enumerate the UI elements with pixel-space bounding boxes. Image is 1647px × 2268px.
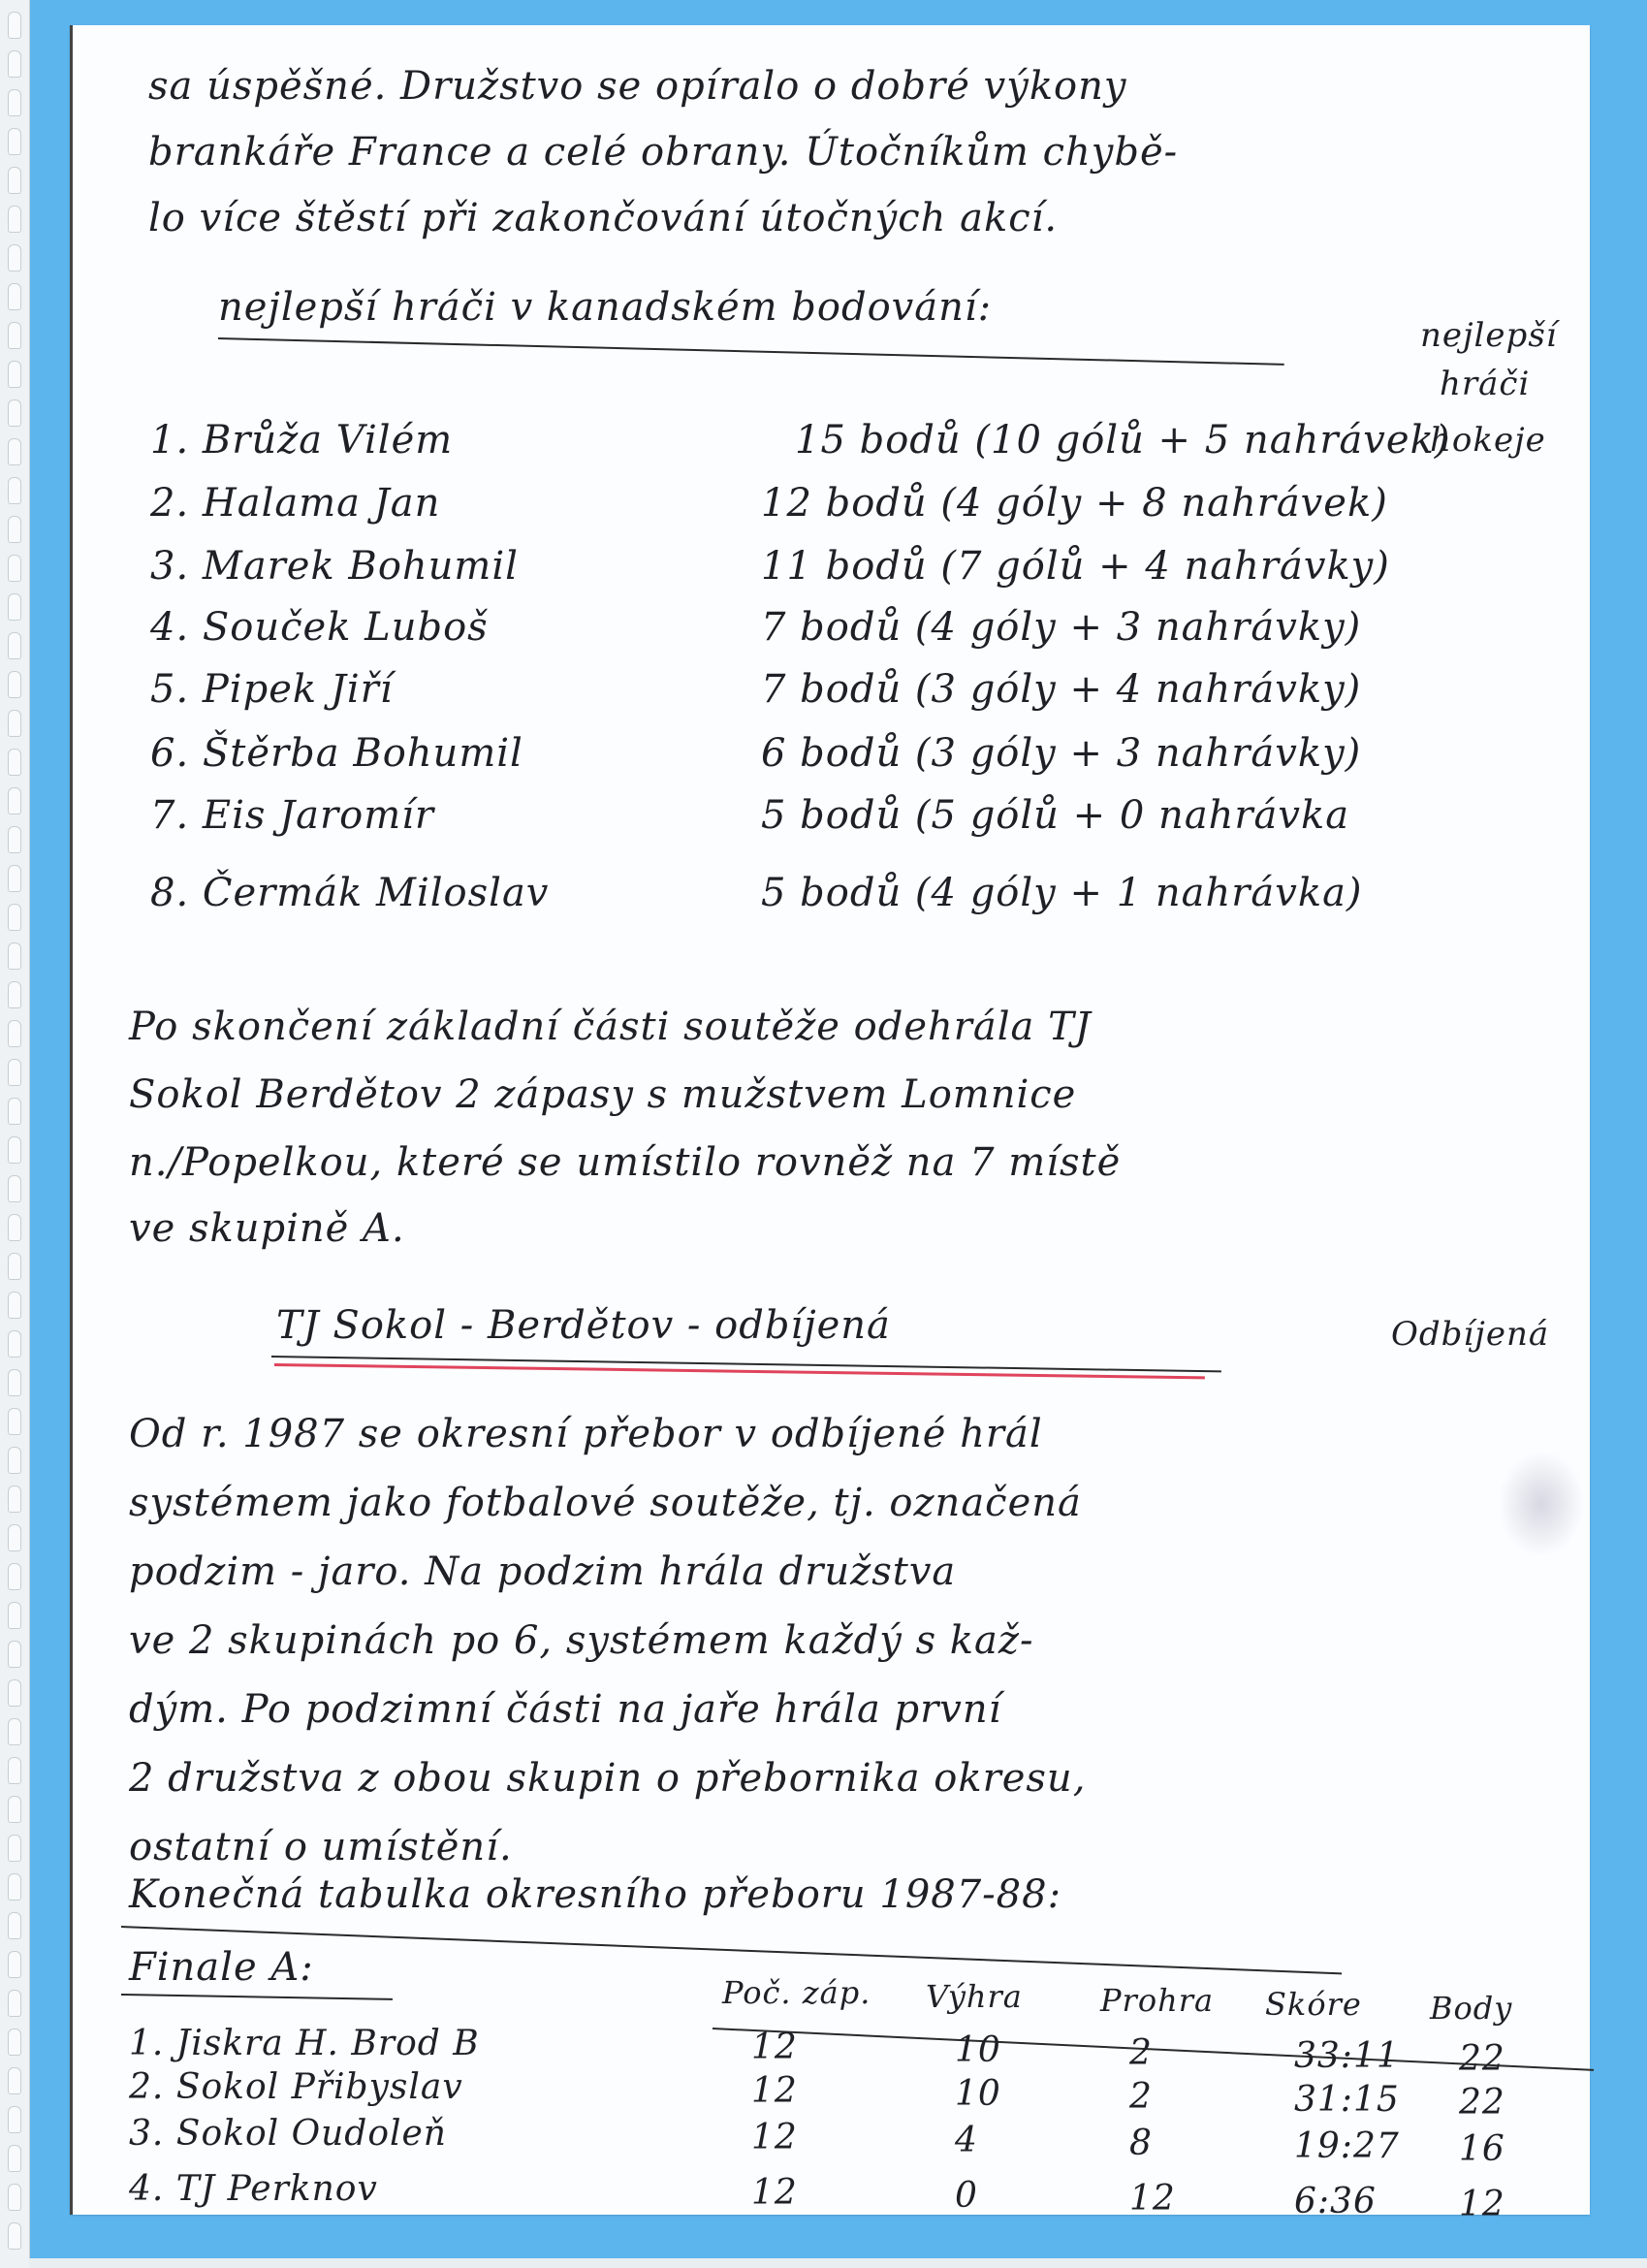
cell-wins: 0 [955, 2176, 978, 2216]
column-header: Prohra [1100, 1982, 1214, 2019]
binding-hole [8, 632, 21, 659]
cell-played: 12 [751, 2118, 798, 2157]
binding-hole [8, 1602, 21, 1629]
binding-hole [8, 1175, 21, 1202]
binding-hole [8, 477, 21, 504]
text-line: podzim - jaro. Na podzim hrála družstva [129, 1549, 956, 1594]
text-line: Sokol Berdětov 2 zápasy s mužstvem Lomni… [129, 1072, 1076, 1117]
binding-hole [8, 1563, 21, 1590]
text-line: ve 2 skupinách po 6, systémem každý s ka… [129, 1618, 1033, 1663]
binding-hole [8, 1951, 21, 1978]
binding-hole [8, 1330, 21, 1358]
binding-hole [8, 671, 21, 698]
ink-smudge [1498, 1451, 1585, 1557]
scanner-edge [29, 2258, 1647, 2268]
binding-hole [8, 1253, 21, 1280]
text-line: ostatní o umístění. [129, 1825, 513, 1869]
margin-note-odbijena: Odbíjená [1391, 1315, 1549, 1354]
binding-hole [8, 1098, 21, 1125]
binding-hole [8, 2028, 21, 2056]
player-points: 7 bodů (3 góly + 4 nahrávky) [761, 667, 1361, 712]
binding-hole [8, 1873, 21, 1901]
binding-strip [0, 0, 30, 2268]
team-name: 1. Jiskra H. Brod B [129, 2024, 480, 2063]
binding-hole [8, 555, 21, 582]
heading-underline [218, 337, 1284, 366]
binding-hole [8, 283, 21, 310]
binding-hole [8, 1136, 21, 1164]
table-group-label: Finale A: [129, 1945, 314, 1990]
team-name: 2. Sokol Přibyslav [129, 2067, 463, 2107]
margin-note-line: nejlepší [1420, 316, 1558, 355]
handwritten-page: sa úspěšné. Družstvo se opíralo o dobré … [70, 25, 1590, 2215]
cell-points: 22 [1459, 2039, 1505, 2079]
binding-hole [8, 2222, 21, 2250]
text-line: lo více štěstí při zakončování útočných … [148, 196, 1058, 240]
cell-wins: 10 [955, 2030, 1001, 2070]
player-points: 15 bodů (10 gólů + 5 nahrávek) [795, 418, 1450, 463]
cell-wins: 4 [955, 2121, 978, 2160]
margin-note-line: hráči [1440, 365, 1530, 403]
team-name: 3. Sokol Oudoleň [129, 2114, 447, 2154]
cell-score: 19:27 [1294, 2126, 1400, 2166]
binding-hole [8, 1020, 21, 1047]
binding-hole [8, 2106, 21, 2133]
column-header: Skóre [1265, 1986, 1362, 2023]
binding-hole [8, 904, 21, 931]
scoring-heading: nejlepší hráči v kanadském bodování: [218, 285, 992, 330]
binding-hole [8, 1408, 21, 1435]
text-line: brankáře France a celé obrany. Útočníkům… [148, 130, 1178, 175]
player-name: 1. Brůža Vilém [150, 418, 453, 463]
player-name: 8. Čermák Miloslav [150, 871, 549, 915]
column-header: Poč. záp. [722, 1974, 871, 2011]
binding-hole [8, 361, 21, 388]
cell-wins: 10 [955, 2074, 1001, 2114]
binding-hole [8, 12, 21, 39]
player-points: 11 bodů (7 gólů + 4 nahrávky) [761, 544, 1390, 589]
cell-losses: 8 [1129, 2124, 1153, 2163]
binding-hole [8, 1485, 21, 1513]
binding-hole [8, 399, 21, 427]
binding-hole [8, 206, 21, 233]
cell-score: 31:15 [1294, 2080, 1400, 2120]
binding-hole [8, 1641, 21, 1668]
binding-hole [8, 1447, 21, 1474]
binding-hole [8, 244, 21, 272]
binding-hole [8, 2067, 21, 2094]
binding-hole [8, 1524, 21, 1551]
binding-hole [8, 1757, 21, 1784]
binding-hole [8, 749, 21, 776]
text-line: Od r. 1987 se okresní přebor v odbíjené … [129, 1412, 1043, 1456]
cell-points: 22 [1459, 2083, 1505, 2123]
binding-hole [8, 1292, 21, 1319]
binding-hole [8, 865, 21, 892]
binding-hole [8, 1912, 21, 1939]
binding-hole [8, 1796, 21, 1823]
group-underline [121, 1994, 393, 2000]
player-points: 12 bodů (4 góly + 8 nahrávek) [761, 481, 1388, 526]
text-line: n./Popelkou, které se umístilo rovněž na… [129, 1140, 1121, 1185]
binding-hole [8, 322, 21, 349]
player-name: 2. Halama Jan [150, 481, 440, 526]
player-name: 3. Marek Bohumil [150, 544, 519, 589]
text-line: Po skončení základní části soutěže odehr… [129, 1005, 1092, 1049]
text-line: sa úspěšné. Družstvo se opíralo o dobré … [148, 64, 1127, 109]
binding-hole [8, 128, 21, 155]
binding-hole [8, 942, 21, 970]
binding-hole [8, 1059, 21, 1086]
binding-hole [8, 89, 21, 116]
binding-hole [8, 50, 21, 78]
binding-hole [8, 516, 21, 543]
text-line: ve skupině A. [129, 1206, 405, 1251]
cell-losses: 2 [1129, 2033, 1153, 2073]
binding-hole [8, 1369, 21, 1396]
binding-hole [8, 1835, 21, 1862]
player-name: 6. Štěrba Bohumil [150, 731, 523, 776]
player-name: 7. Eis Jaromír [150, 793, 434, 838]
binding-hole [8, 167, 21, 194]
cell-score: 33:11 [1294, 2036, 1400, 2076]
binding-hole [8, 787, 21, 815]
player-points: 6 bodů (3 góly + 3 nahrávky) [761, 731, 1361, 776]
cell-losses: 12 [1129, 2179, 1176, 2219]
text-line: systémem jako fotbalové soutěže, tj. ozn… [129, 1481, 1082, 1525]
binding-hole [8, 981, 21, 1008]
column-header: Body [1430, 1990, 1512, 2027]
heading-red-underline [274, 1363, 1205, 1379]
binding-hole [8, 438, 21, 465]
team-name: 4. TJ Perknov [129, 2169, 378, 2209]
cell-score: 6:36 [1294, 2182, 1377, 2221]
text-line: dým. Po podzimní části na jaře hrála prv… [129, 1687, 1001, 1732]
binding-hole [8, 2184, 21, 2211]
player-name: 5. Pipek Jiří [150, 667, 394, 712]
binding-hole [8, 1990, 21, 2017]
column-header: Výhra [926, 1978, 1023, 2015]
text-line: 2 družstva z obou skupin o přebornika ok… [129, 1756, 1086, 1801]
binding-hole [8, 1718, 21, 1745]
cell-played: 12 [751, 2173, 798, 2213]
cell-points: 12 [1459, 2185, 1505, 2224]
binding-hole [8, 710, 21, 737]
odbijena-heading: TJ Sokol - Berdětov - odbíjená [276, 1303, 891, 1348]
player-name: 4. Souček Luboš [150, 605, 489, 650]
binding-hole [8, 2145, 21, 2172]
cell-losses: 2 [1129, 2077, 1153, 2117]
cell-played: 12 [751, 2071, 798, 2111]
binding-hole [8, 593, 21, 621]
binding-hole [8, 1679, 21, 1707]
table-title: Konečná tabulka okresního přeboru 1987-8… [129, 1872, 1061, 1917]
binding-hole [8, 826, 21, 853]
cell-points: 16 [1459, 2129, 1505, 2169]
cell-played: 12 [751, 2028, 798, 2067]
player-points: 5 bodů (4 góly + 1 nahrávka) [761, 871, 1363, 915]
player-points: 5 bodů (5 gólů + 0 nahrávka [761, 793, 1349, 838]
binding-hole [8, 1214, 21, 1241]
player-points: 7 bodů (4 góly + 3 nahrávky) [761, 605, 1361, 650]
